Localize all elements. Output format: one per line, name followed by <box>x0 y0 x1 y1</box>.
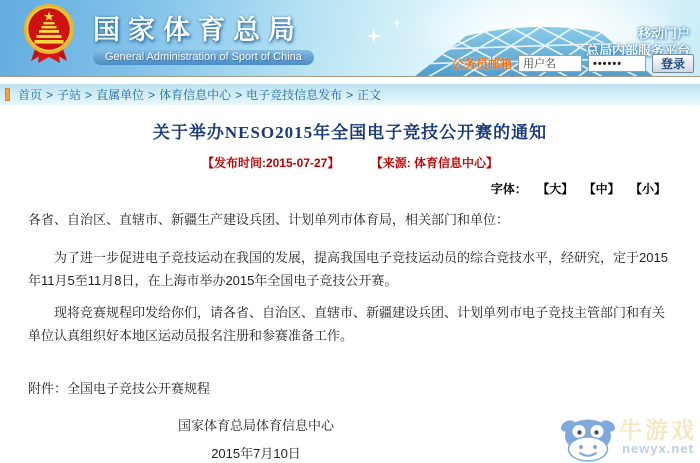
breadcrumb-separator: > <box>148 88 155 102</box>
site-title: 国家体育总局 <box>93 8 314 47</box>
watermark-url: newyx.net <box>619 441 697 456</box>
font-size-medium[interactable]: 【中】 <box>584 182 620 196</box>
sparkle-icon <box>392 18 402 28</box>
breadcrumb-marker-icon <box>5 88 10 101</box>
salutation: 各省、自治区、直辖市、新疆生产建设兵团、计划单列市体育局，相关部门和单位： <box>28 209 672 231</box>
article-title: 关于举办NESO2015年全国电子竞技公开赛的通知 <box>0 105 700 143</box>
article-meta: 【发布时间:2015-07-27】 【来源: 体育信息中心】 <box>0 154 700 171</box>
article-body: 各省、自治区、直辖市、新疆生产建设兵团、计划单列市体育局，相关部门和单位： 为了… <box>0 209 700 397</box>
publish-time: 【发布时间:2015-07-27】 <box>202 156 339 170</box>
national-emblem-icon <box>20 2 78 66</box>
signature-org: 国家体育总局体育信息中心 <box>168 415 344 434</box>
password-input[interactable] <box>588 55 646 72</box>
source: 【来源: 体育信息中心】 <box>371 156 498 170</box>
watermark-text: 牛游戏 newyx.net <box>619 415 697 456</box>
breadcrumb-home[interactable]: 首页 <box>18 86 42 103</box>
signature-date: 2015年7月10日 <box>168 443 344 462</box>
breadcrumb-separator: > <box>46 88 53 102</box>
sparkle-icon <box>366 28 382 44</box>
mobile-portal-link[interactable]: 移动门户 <box>586 25 690 42</box>
paragraph: 现将竞赛规程印发给你们，请各省、自治区、直辖市、新疆建设兵团、计划单列市电子竞技… <box>28 301 672 347</box>
breadcrumb-subsite[interactable]: 子站 <box>57 86 81 103</box>
signature-block: 国家体育总局体育信息中心 2015年7月10日 <box>168 415 344 462</box>
cow-mascot-icon <box>560 415 616 462</box>
login-row: 公务员邮箱 登录 <box>452 54 694 73</box>
mailbox-label: 公务员邮箱 <box>452 55 512 72</box>
username-input[interactable] <box>518 55 582 72</box>
font-size-small[interactable]: 【小】 <box>630 182 666 196</box>
attachment-line: 附件：全国电子竞技公开赛规程 <box>28 378 672 397</box>
breadcrumb-sport-info-center[interactable]: 体育信息中心 <box>159 86 231 103</box>
font-size-large[interactable]: 【大】 <box>537 182 573 196</box>
page: 国家体育总局 General Administration of Sport o… <box>0 0 700 463</box>
font-size-label: 字体： <box>491 182 527 196</box>
breadcrumb: 首页 > 子站 > 直属单位 > 体育信息中心 > 电子竞技信息发布 > 正文 <box>0 84 700 105</box>
watermark-name: 牛游戏 <box>619 418 697 442</box>
font-size-selector: 字体： 【大】 【中】 【小】 <box>0 180 700 197</box>
breadcrumb-separator: > <box>85 88 92 102</box>
breadcrumb-current-page: 正文 <box>357 86 381 103</box>
paragraph: 为了进一步促进电子竞技运动在我国的发展，提高我国电子竞技运动员的综合竞技水平，经… <box>28 246 672 292</box>
breadcrumb-esports-info[interactable]: 电子竞技信息发布 <box>246 86 342 103</box>
breadcrumb-separator: > <box>346 88 353 102</box>
breadcrumb-separator: > <box>235 88 242 102</box>
article-content: 关于举办NESO2015年全国电子竞技公开赛的通知 【发布时间:2015-07-… <box>0 105 700 462</box>
site-title-block: 国家体育总局 General Administration of Sport o… <box>93 8 314 65</box>
site-subtitle: General Administration of Sport of China <box>93 50 314 65</box>
login-button[interactable]: 登录 <box>652 54 694 73</box>
newyx-watermark: 牛游戏 newyx.net <box>560 415 697 462</box>
breadcrumb-direct-units[interactable]: 直属单位 <box>96 86 144 103</box>
site-banner: 国家体育总局 General Administration of Sport o… <box>0 0 700 77</box>
